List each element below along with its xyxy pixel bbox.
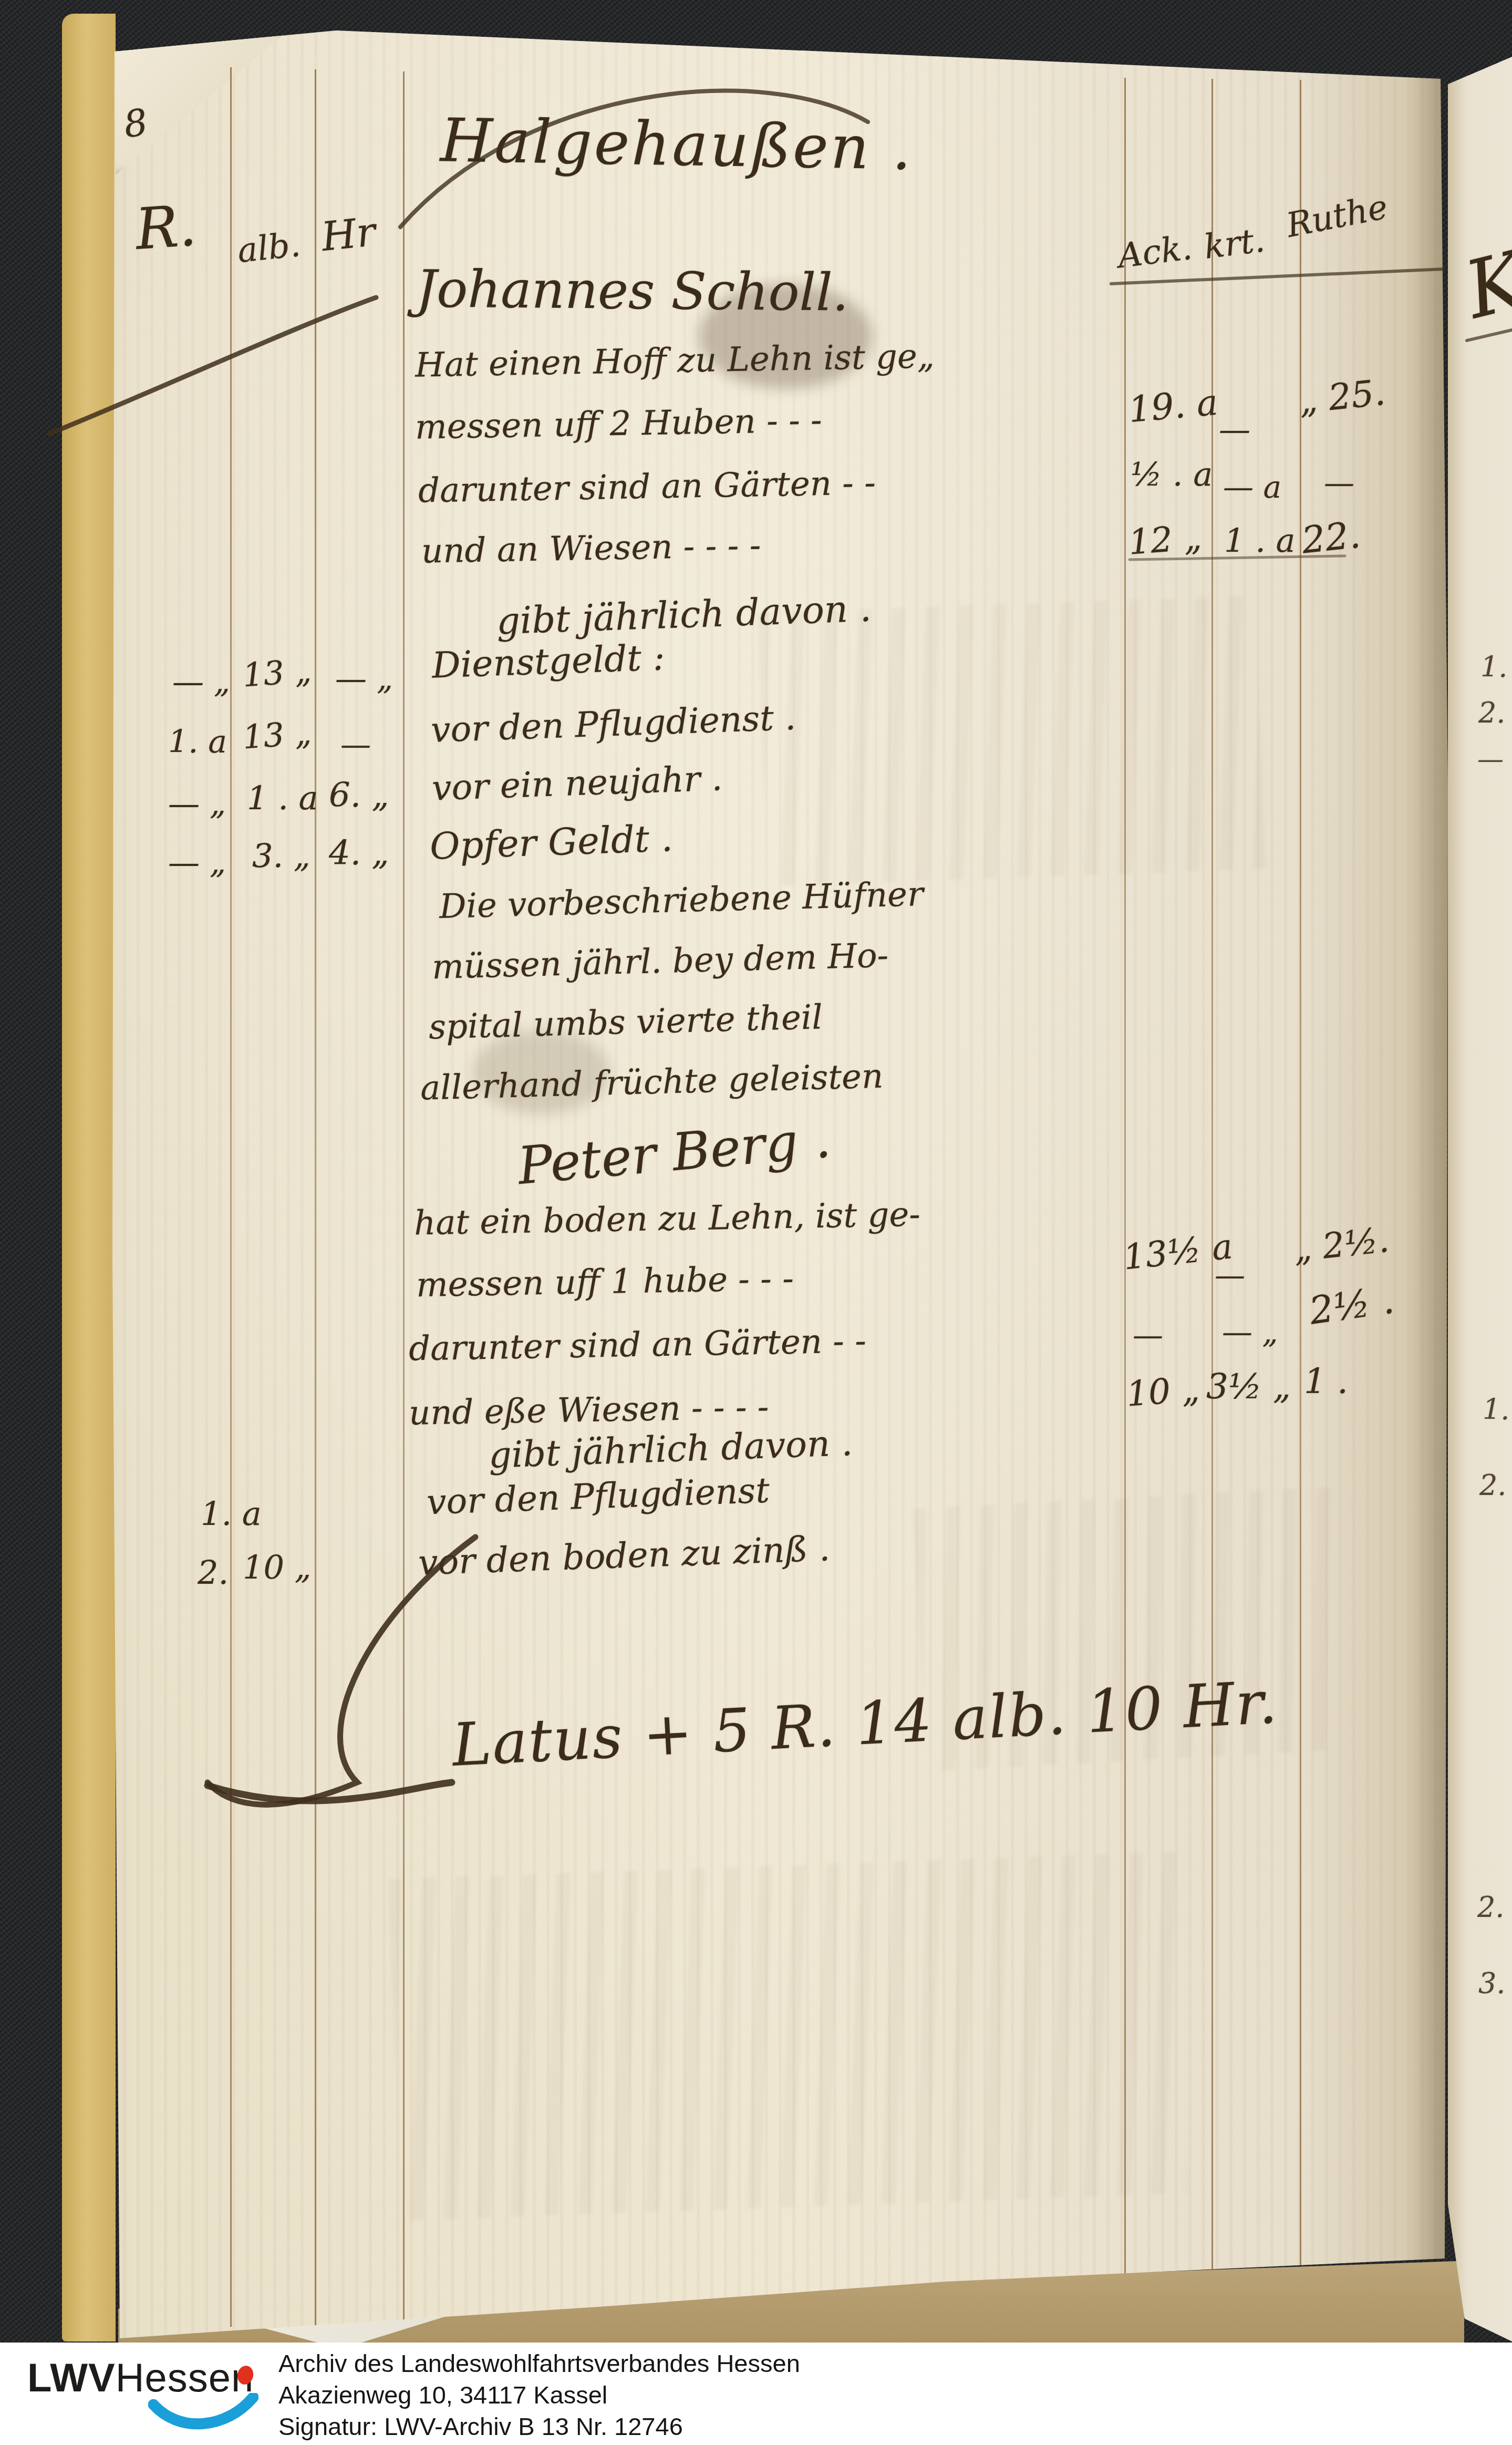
measure-value: „ 25. [1297,375,1387,420]
entry-text-line: darunter sind an Gärten - - [418,466,876,508]
due-label: vor den Pflugdienst . [430,700,796,748]
due-amount-r: — „ [168,788,226,820]
due-label: vor ein neujahr . [431,761,723,806]
measure-value: 1 . [1304,1364,1348,1399]
measure-value: 12 „ [1127,520,1203,560]
entry-text-line: und eße Wiesen - - - - [408,1390,769,1430]
due-label: vor den boden zu zinß . [418,1531,831,1580]
due-amount-alb: 13 „ [242,655,313,692]
archive-footer: LWVHessen Archiv des Landeswohlfahrtsver… [0,2343,1512,2445]
measure-value: — [1219,414,1250,446]
column-header-alb: alb. [236,228,302,268]
due-amount-hr: — „ [335,663,393,695]
entry-name: Johannes Scholl. [416,263,849,318]
column-rule-left-3 [403,71,405,2327]
place-heading: Halgehaußen . [440,110,914,179]
column-rule-left-1 [230,67,232,2327]
due-amount-hr: 6. „ [329,779,389,812]
due-amount-alb: 10 „ [243,1551,312,1584]
due-amount-hr: — [340,729,371,760]
entry-text-line: hat ein boden zu Lehn, ist ge- [414,1198,921,1241]
lwv-logo: LWVHessen [27,2355,254,2401]
next-page-fragment: 1. [1483,1396,1510,1424]
measure-value: — [1215,1260,1245,1291]
measure-value: ½ . a [1131,458,1213,491]
next-page-fragment: 1. [1480,653,1508,682]
next-page-fragment: 2. [1477,1893,1505,1922]
next-page-fragment: 2. [1478,699,1506,727]
next-page-fragment: — [1477,746,1504,772]
due-amount-r: 2. [198,1556,229,1589]
next-page-initial: K [1458,240,1512,331]
ink-bleed-through [757,596,1266,886]
due-amount-r: — „ [168,847,226,879]
measure-value: 3½ „ [1206,1369,1291,1404]
footer-address-line2: Akazienweg 10, 34117 Kassel [278,2379,800,2411]
entry-name: Peter Berg . [516,1113,833,1192]
logo-text-bold: LWV [27,2356,116,2400]
measure-value: „ 2½. [1292,1223,1391,1267]
ink-bleed-through [388,1852,1188,2221]
scan-photo: 8 R. alb. Hr Ack. krt. Ruthe Halgehaußen… [0,0,1512,2344]
next-page-fragment: 2. [1479,1471,1507,1500]
measure-value: 10 „ [1125,1372,1200,1412]
due-label: Dienstgeldt : [431,640,666,684]
logo-text-rest: Hessen [116,2356,254,2400]
due-amount-hr: 4. „ [329,837,389,870]
note-line: spital umbs vierte theil [428,1000,823,1045]
footer-address-block: Archiv des Landeswohlfahrtsverbandes Hes… [278,2348,800,2442]
due-amount-r: 1. a [168,726,227,758]
column-header-hr: Hr [319,212,377,257]
note-line: müssen jährl. bey dem Ho- [431,939,889,985]
entry-text-line: Hat einen Hoff zu Lehn ist ge„ [415,339,935,382]
book-cover-edge [62,14,116,2341]
due-amount-alb: 13 „ [242,717,313,754]
measure-value: — [1133,1320,1163,1350]
due-label: vor den Pflugdienst [426,1473,770,1520]
entry-text-line: messen uff 2 Huben - - - [415,404,823,445]
entry-text-line: darunter sind an Gärten - - [409,1324,867,1366]
measure-value: 1 . a [1224,524,1296,557]
measure-value: 22. [1300,516,1362,559]
due-amount-r: 1. a [201,1498,262,1530]
note-line: Die vorbeschriebene Hüfner [439,878,924,924]
measure-value: 19. a [1127,385,1219,429]
measure-value: — [1324,468,1354,498]
page-fold-shadow [1407,58,1449,2333]
column-header-ack: Ack. [1116,231,1194,274]
column-rule-right-1 [1124,78,1126,2274]
footer-address-line3: Signatur: LWV-Archiv B 13 Nr. 12746 [278,2411,800,2442]
column-header-r: R. [133,198,198,259]
latus-line: Latus + 5 R. 14 alb. 10 Hr. [451,1673,1279,1775]
next-page-sliver: K 1. 2. — 1. 2. 2. 3. [1448,57,1512,2341]
entry-text-line: und an Wiesen - - - - [421,529,761,568]
due-label: Opfer Geldt . [429,820,674,865]
column-rule-left-2 [315,69,316,2327]
measure-value: 2½ . [1307,1281,1396,1330]
page-number: 8 [121,104,150,143]
measure-value: — a [1223,472,1281,502]
due-amount-alb: 1 . a [247,782,318,814]
entry-text-line: messen uff 1 hube - - - [416,1262,794,1303]
gibt-heading: gibt jährlich davon . [488,1426,853,1474]
due-amount-alb: 3. „ [252,840,310,872]
next-page-fragment: 3. [1478,1969,1506,1998]
footer-address-line1: Archiv des Landeswohlfahrtsverbandes Hes… [278,2348,800,2379]
column-header-krt: krt. [1203,223,1267,264]
due-amount-r: — „ [172,666,230,698]
manuscript-page: 8 R. alb. Hr Ack. krt. Ruthe Halgehaußen… [0,0,1512,2344]
measure-value: — „ [1222,1317,1278,1347]
